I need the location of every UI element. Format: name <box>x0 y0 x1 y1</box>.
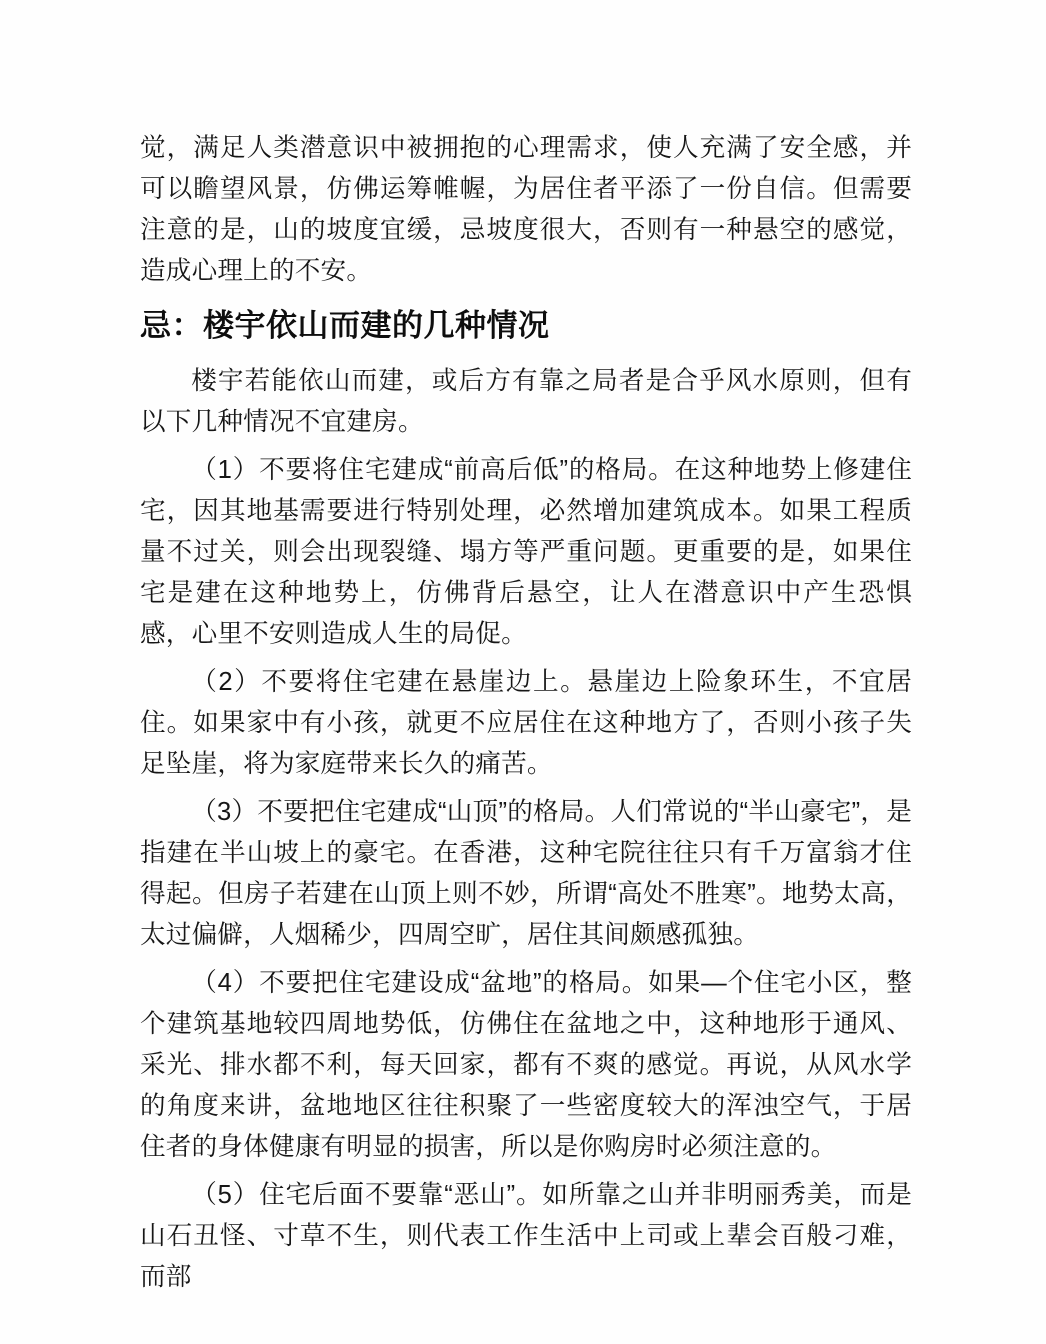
intro-paragraph: 觉，满足人类潜意识中被拥抱的心理需求，使人充满了安全感，并可以瞻望风景，仿佛运筹… <box>140 128 912 292</box>
section-heading: 忌：楼宇依山而建的几种情况 <box>140 304 912 348</box>
numbered-paragraph-1: （1）不要将住宅建成“前高后低”的格局。在这种地势上修建住宅，因其地基需要进行特… <box>140 450 912 655</box>
document-content: 觉，满足人类潜意识中被拥抱的心理需求，使人充满了安全感，并可以瞻望风景，仿佛运筹… <box>140 128 912 1305</box>
lead-paragraph: 楼宇若能依山而建，或后方有靠之局者是合乎风水原则，但有以下几种情况不宜建房。 <box>140 361 912 443</box>
numbered-paragraph-2: （2）不要将住宅建在悬崖边上。悬崖边上险象环生，不宜居住。如果家中有小孩，就更不… <box>140 662 912 785</box>
numbered-paragraph-3: （3）不要把住宅建成“山顶”的格局。人们常说的“半山豪宅”，是指建在半山坡上的豪… <box>140 792 912 956</box>
document-page: 觉，满足人类潜意识中被拥抱的心理需求，使人充满了安全感，并可以瞻望风景，仿佛运筹… <box>0 0 1046 1344</box>
numbered-paragraph-4: （4）不要把住宅建设成“盆地”的格局。如果—个住宅小区，整个建筑基地较四周地势低… <box>140 963 912 1168</box>
numbered-paragraph-5: （5）住宅后面不要靠“恶山”。如所靠之山并非明丽秀美，而是山石丑怪、寸草不生，则… <box>140 1175 912 1298</box>
